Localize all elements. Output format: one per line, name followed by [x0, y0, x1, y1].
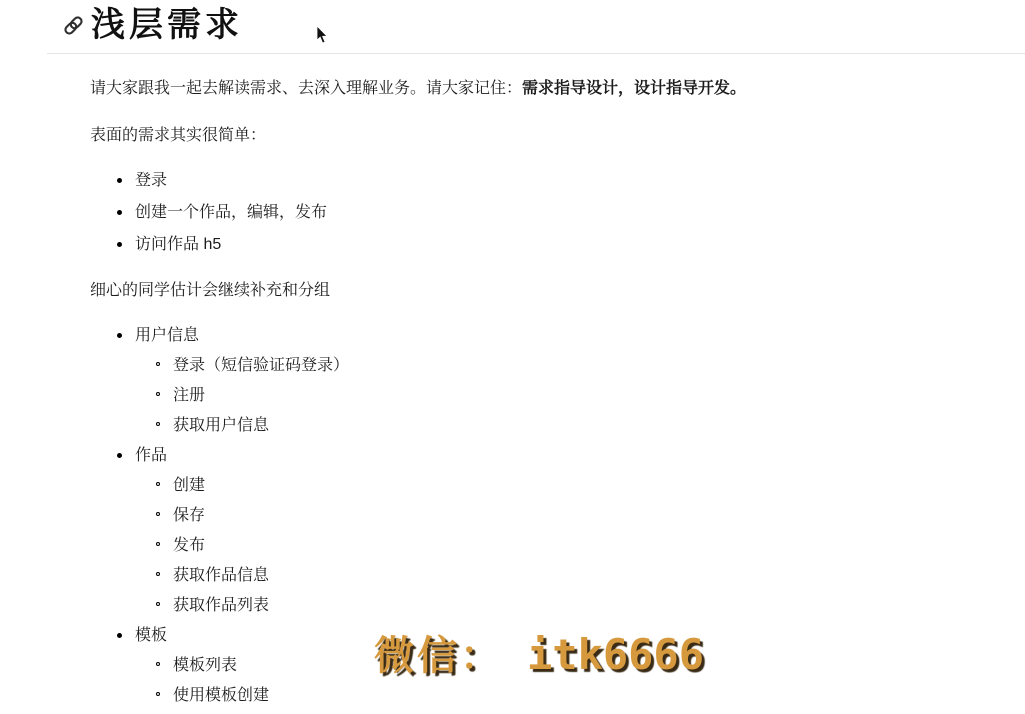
list-item-label: 获取作品列表 [173, 597, 269, 614]
bullet-ring-icon [156, 662, 160, 666]
page-title: 浅层需求 [91, 6, 243, 44]
bullet-dot-icon [117, 210, 122, 215]
bullet-ring-icon [156, 692, 160, 696]
surface-lead: 表面的需求其实很简单： [90, 126, 985, 145]
group-item: 用户信息 登录（短信验证码登录） 注册 获取用户信息 [135, 326, 1025, 435]
sub-list: 创建 保存 发布 获取作品信息 获取作品列表 [135, 476, 1025, 615]
bullet-ring-icon [156, 602, 160, 606]
list-item: 登录 [135, 171, 1025, 190]
detail-lead: 细心的同学估计会继续补充和分组 [90, 281, 985, 300]
list-item-label: 访问作品 h5 [135, 236, 221, 253]
bullet-ring-icon [156, 572, 160, 576]
bullet-ring-icon [156, 542, 160, 546]
bullet-dot-icon [117, 178, 122, 183]
sub-list: 登录（短信验证码登录） 注册 获取用户信息 [135, 356, 1025, 435]
bullet-dot-icon [117, 633, 122, 638]
list-item: 保存 [173, 506, 1025, 525]
link-icon[interactable] [62, 14, 85, 37]
list-item-label: 注册 [173, 387, 205, 404]
list-item-label: 发布 [173, 537, 205, 554]
list-item-label: 登录 [135, 172, 167, 189]
list-item: 创建 [173, 476, 1025, 495]
bullet-dot-icon [117, 453, 122, 458]
bullet-ring-icon [156, 482, 160, 486]
list-item: 获取作品信息 [173, 566, 1025, 585]
list-item: 模板列表 [173, 656, 1025, 675]
detail-list: 用户信息 登录（短信验证码登录） 注册 获取用户信息 作品 创建 保存 发布 获… [0, 326, 1025, 705]
list-item-label: 创建一个作品，编辑，发布 [135, 204, 327, 221]
list-item: 登录（短信验证码登录） [173, 356, 1025, 375]
list-item: 访问作品 h5 [135, 235, 1025, 254]
list-item-label: 创建 [173, 477, 205, 494]
bullet-dot-icon [117, 242, 122, 247]
list-item: 获取用户信息 [173, 416, 1025, 435]
document-page: 浅层需求 请大家跟我一起去解读需求、去深入理解业务。请大家记住：需求指导设计，设… [0, 0, 1025, 714]
list-item: 注册 [173, 386, 1025, 405]
intro-text: 请大家跟我一起去解读需求、去深入理解业务。请大家记住： [90, 80, 522, 97]
intro-paragraph: 请大家跟我一起去解读需求、去深入理解业务。请大家记住：需求指导设计，设计指导开发… [90, 79, 985, 98]
list-item: 使用模板创建 [173, 686, 1025, 705]
bullet-ring-icon [156, 512, 160, 516]
group-label: 用户信息 [135, 327, 199, 344]
heading-section: 浅层需求 [47, 0, 1025, 54]
bullet-dot-icon [117, 333, 122, 338]
group-item: 模板 模板列表 使用模板创建 [135, 626, 1025, 705]
list-item-label: 使用模板创建 [173, 687, 269, 704]
bullet-ring-icon [156, 422, 160, 426]
group-item: 作品 创建 保存 发布 获取作品信息 获取作品列表 [135, 446, 1025, 615]
list-item: 发布 [173, 536, 1025, 555]
group-label: 模板 [135, 627, 167, 644]
intro-emphasis: 需求指导设计，设计指导开发。 [522, 80, 746, 97]
list-item: 获取作品列表 [173, 596, 1025, 615]
list-item-label: 获取用户信息 [173, 417, 269, 434]
list-item-label: 模板列表 [173, 657, 237, 674]
list-item-label: 获取作品信息 [173, 567, 269, 584]
surface-list: 登录 创建一个作品，编辑，发布 访问作品 h5 [0, 171, 1025, 254]
bullet-ring-icon [156, 392, 160, 396]
list-item-label: 保存 [173, 507, 205, 524]
list-item-label: 登录（短信验证码登录） [173, 357, 349, 374]
sub-list: 模板列表 使用模板创建 [135, 656, 1025, 705]
group-label: 作品 [135, 447, 167, 464]
bullet-ring-icon [156, 362, 160, 366]
list-item: 创建一个作品，编辑，发布 [135, 203, 1025, 222]
